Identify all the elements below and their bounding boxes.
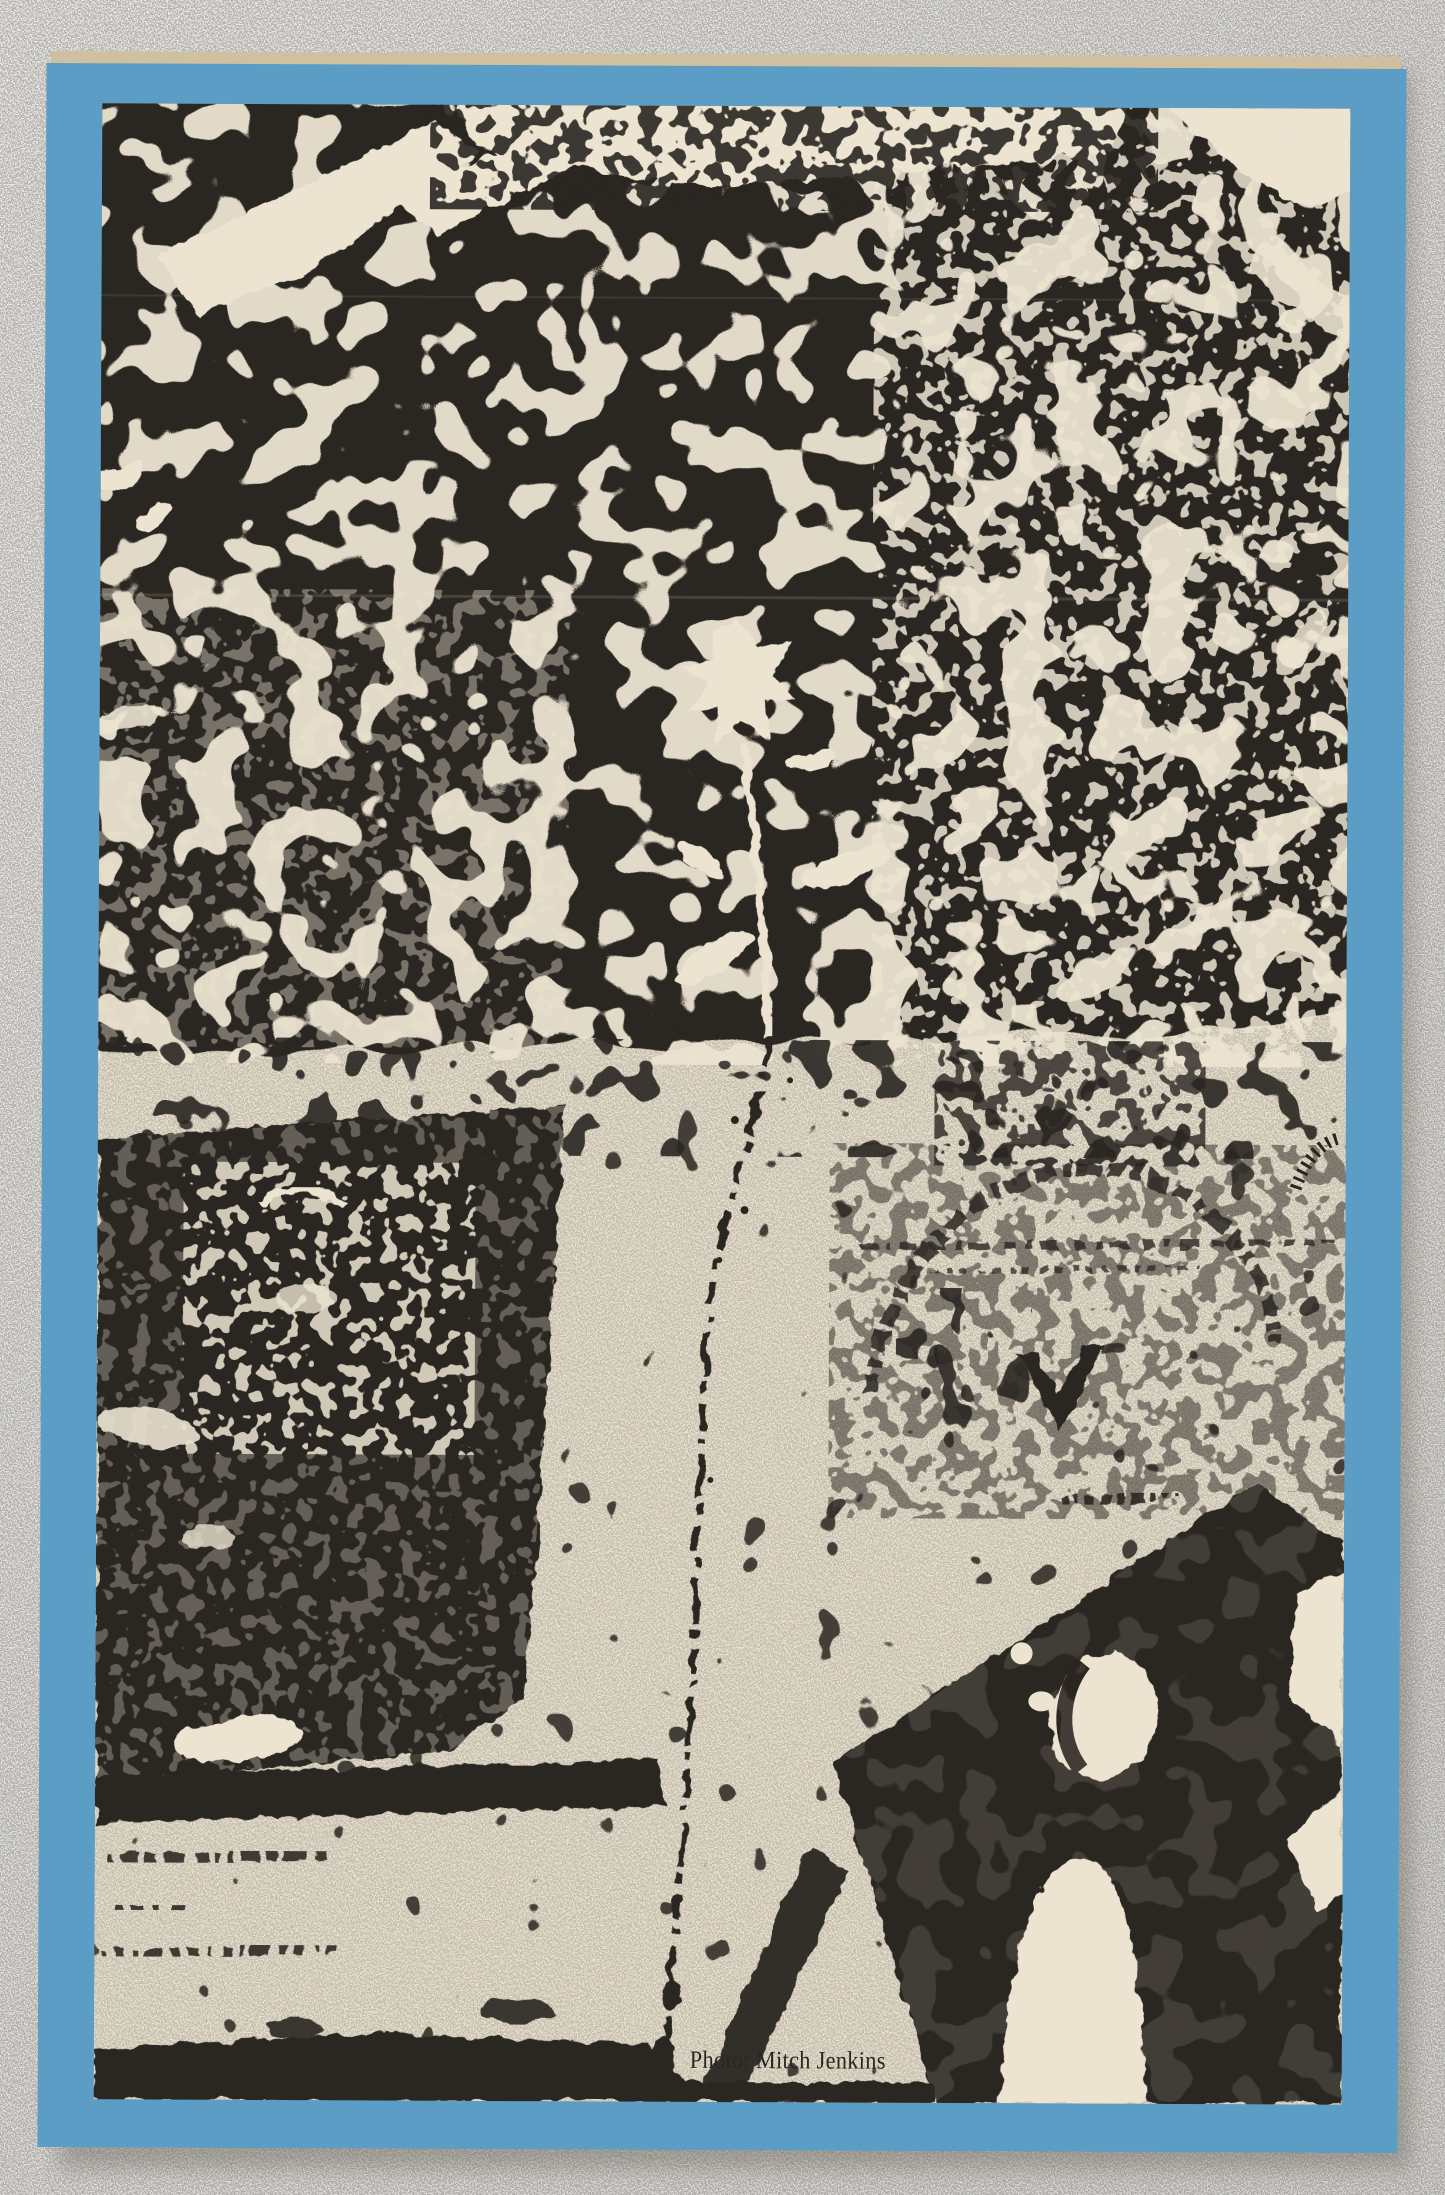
zine-page: Photo: Mitch Jenkins [37, 51, 1406, 2153]
stem-dot [741, 1206, 749, 1214]
cluster-band [940, 1043, 1201, 1164]
stem-dot [716, 1257, 722, 1263]
stem-dot [787, 1077, 793, 1083]
crest-engraving [838, 1137, 1340, 1513]
stem-dot [695, 1557, 701, 1563]
scan-canvas: Photo: Mitch Jenkins [0, 0, 1445, 2195]
portrait-panel-texture [93, 1102, 568, 1794]
scanned-page: Photo: Mitch Jenkins [0, 0, 1445, 2195]
stem-dot [731, 1116, 739, 1124]
panel-white-blob [182, 1526, 234, 1550]
cover-artwork: Photo: Mitch Jenkins [83, 95, 1358, 2105]
top-band-black-speckle [444, 97, 1144, 210]
stem-dot [707, 1477, 713, 1483]
stem-blob [662, 1979, 682, 2011]
fine-white-speckle-right [880, 107, 1350, 1049]
fine-white-speckle-left [98, 597, 560, 1039]
photo-credit-caption: Photo: Mitch Jenkins [690, 2047, 886, 2075]
crest-block [899, 1291, 1030, 1432]
face-highlight [274, 1284, 334, 1312]
panel-face-speckle [188, 1168, 469, 1449]
lower-collage [91, 1037, 1346, 2104]
